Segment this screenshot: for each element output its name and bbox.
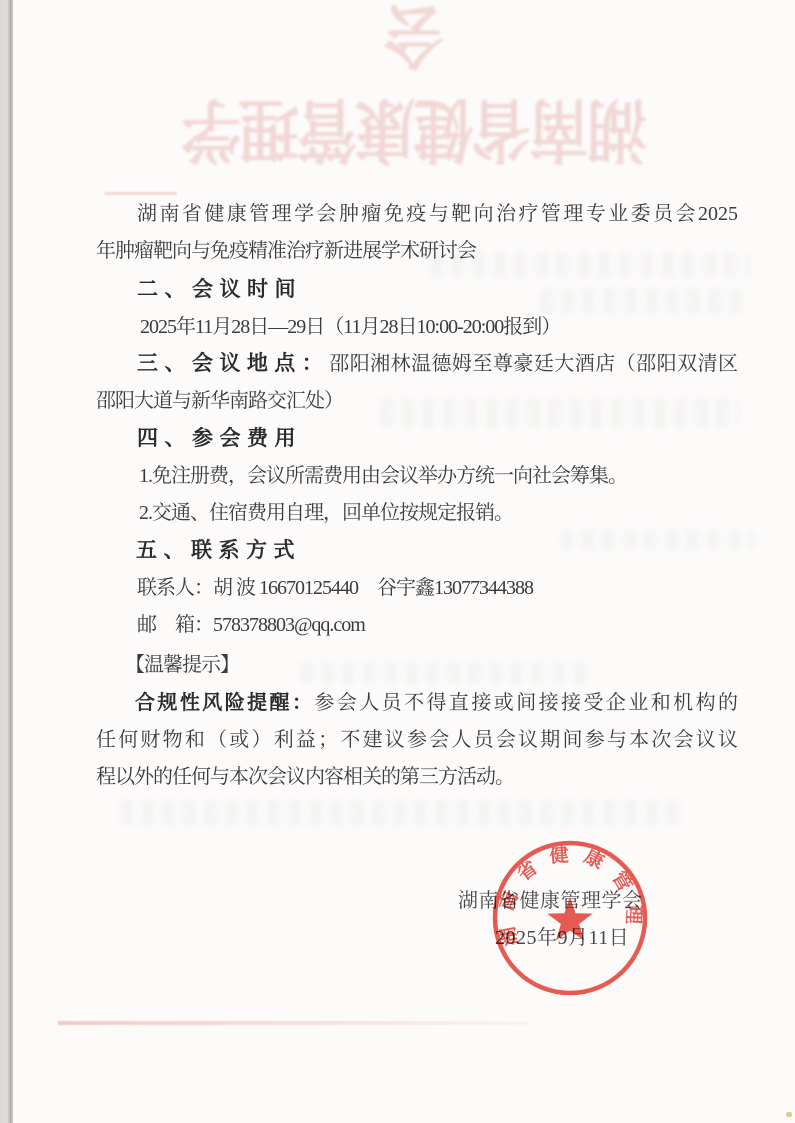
scan-artifact: [430, 252, 750, 278]
scan-artifact-speck: [786, 1112, 792, 1117]
official-seal-stamp: 湖南省健康管理学会: [492, 840, 652, 1000]
scan-artifact: [105, 192, 177, 195]
scan-artifact-bleed-rule: [58, 1021, 528, 1025]
scan-artifact: [120, 800, 680, 826]
compliance-bold-lead: 合规性风险提醒：: [135, 692, 314, 714]
scanner-edge-shadow: [0, 0, 13, 1123]
bleed-through-letterhead: 湖南省健康管理学会: [156, 82, 674, 176]
section-heading-contacts: 五、联系方式: [136, 538, 301, 564]
contact-email-line: 邮 箱：578378803@qq.com: [137, 612, 365, 638]
meeting-venue-line-2: 邵阳大道与新华南路交汇处）: [96, 388, 343, 414]
scan-artifact: [380, 398, 740, 428]
scan-artifact: [560, 530, 755, 550]
fees-item-2: 2.交通、住宿费用自理，回单位按规定报销。: [139, 500, 513, 526]
section-heading-meeting-time: 二、会议时间: [137, 277, 302, 303]
title-paragraph-line-2: 年肿瘤靶向与免疫精准治疗新进展学术研讨会: [96, 238, 476, 264]
fees-item-1: 1.免注册费，会议所需费用由会议举办方统一向社会筹集。: [139, 463, 627, 489]
contact-persons-line: 联系人：胡 波 16670125440 谷宇鑫13077344388: [137, 575, 533, 601]
compliance-line-1: 参会人员不得直接或间接接受企业和机构的: [314, 692, 738, 714]
section-meeting-venue-row: 三、会议地点：邵阳湘林温德姆至尊豪廷大酒店（邵阳双清区: [137, 351, 738, 377]
compliance-line-3: 程以外的任何与本次会议内容相关的第三方活动。: [96, 764, 514, 790]
meeting-time-line: 2025年11月28日—29日（11月28日10:00-20:00报到）: [140, 314, 560, 340]
seal-arc-text: 湖南省健康管理学会: [492, 840, 645, 948]
scan-artifact: [300, 662, 590, 684]
scan-artifact: [540, 288, 745, 314]
scanned-notice-page: 湖南省健康管理学会 湖南省健康管理学会肿瘤免疫与靶向治疗管理专业委员会2025 …: [0, 0, 795, 1123]
seal-star-icon: [547, 897, 593, 940]
meeting-venue-line-1: 邵阳湘林温德姆至尊豪廷大酒店（邵阳双清区: [329, 353, 738, 375]
compliance-row-1: 合规性风险提醒：参会人员不得直接或间接接受企业和机构的: [135, 690, 738, 716]
tips-heading: 【温馨提示】: [125, 652, 239, 678]
section-heading-fees: 四、参会费用: [137, 426, 302, 452]
section-heading-meeting-venue: 三、会议地点：: [137, 352, 329, 375]
svg-text:湖南省健康管理学会: 湖南省健康管理学会: [492, 840, 645, 948]
title-paragraph-line-1: 湖南省健康管理学会肿瘤免疫与靶向治疗管理专业委员会2025: [137, 201, 738, 227]
compliance-line-2: 任何财物和（或）利益；不建议参会人员会议期间参与本次会议议: [96, 727, 738, 753]
